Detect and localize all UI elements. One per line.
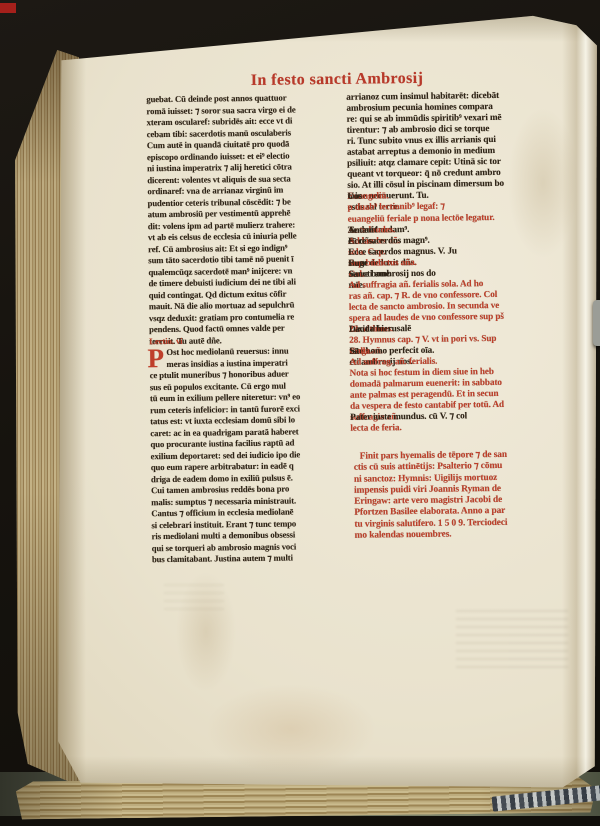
text-line: mo kalendas nouembres.: [355, 528, 552, 542]
body-text: Amauit: [348, 224, 377, 235]
body-text: Euge: [348, 257, 368, 268]
page-heading: In festo sancti Ambrosij: [137, 68, 537, 91]
rubric-text: lecta de feria.: [350, 423, 401, 435]
body-text: Uos: [347, 191, 362, 202]
page-holder-clip: [593, 300, 600, 346]
body-text: Sā: [349, 346, 359, 357]
text-line: bus clamitabant. Justina autem ⁊ multi: [152, 552, 322, 566]
text-column-right: arrianoz cum insimul habitarēt: dicebāta…: [346, 89, 549, 434]
drop-cap-initial: P: [147, 346, 164, 370]
body-text: Lauda hierusalē: [349, 323, 411, 335]
printed-text-block: In festo sancti Ambrosij guebat. Cū dein…: [0, 0, 600, 826]
body-text: bus clamitabant. Justina autem ⁊ multi: [152, 552, 293, 565]
text-column-left: guebat. Cū deinde post annos quattuorrom…: [146, 92, 322, 566]
colophon: Finit pars hyemalis de tēpore ⁊ de sanct…: [354, 449, 552, 542]
rubric-text: mo kalendas nouembres.: [355, 530, 452, 542]
book-photo: In festo sancti Ambrosij guebat. Cū dein…: [0, 0, 600, 826]
text-line: lecta de feria.: [350, 421, 549, 434]
